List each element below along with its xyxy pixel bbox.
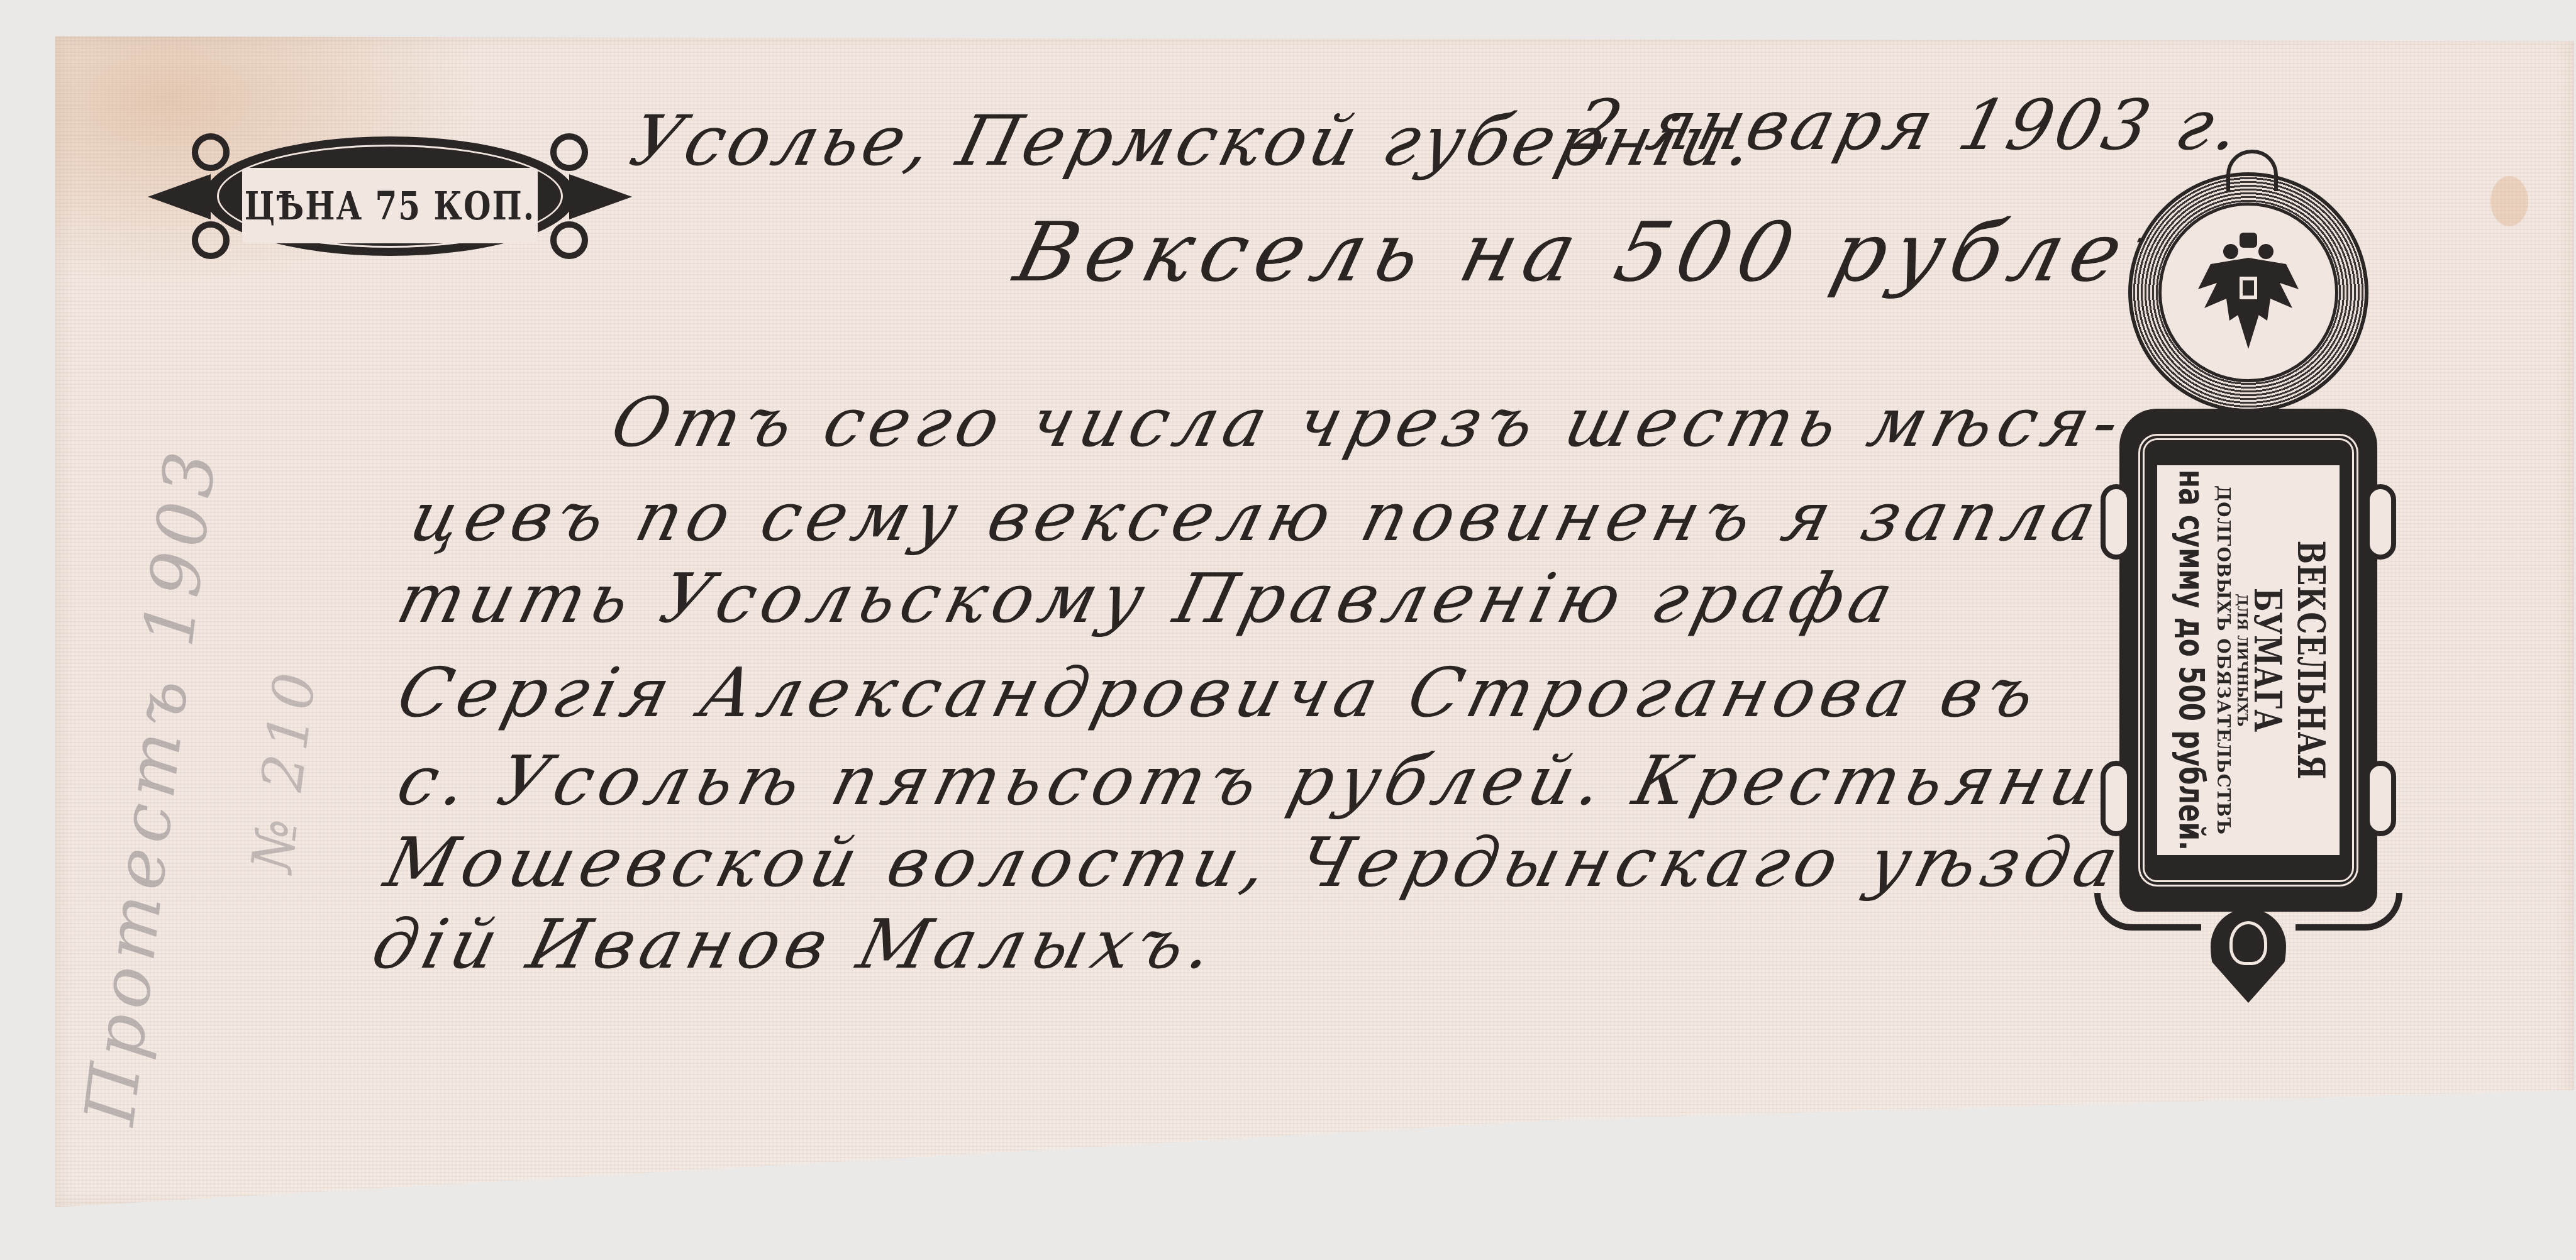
scroll-ornament-icon <box>2101 484 2132 560</box>
ornament-scroll-icon <box>550 133 588 171</box>
ornament-finial-left-icon <box>148 174 211 219</box>
ornament-scroll-icon <box>192 133 230 171</box>
stamp-amount-limit: на сумму до 500 рублей. <box>2172 470 2212 851</box>
crown-ornament-icon <box>2226 150 2278 191</box>
price-label: ЦѢНА 75 КОП. <box>245 182 535 229</box>
revenue-stamp-panel: ВЕКСЕЛЬНАЯ БУМАГА ДЛЯ ЛИЧНЫХЪ ДОЛГОВЫХЪ … <box>2094 132 2421 1025</box>
body-line: тить Усольскому Правленію графа <box>390 560 1907 638</box>
body-line: Сергія Александровича Строганова въ <box>390 654 2049 732</box>
ornament-scroll-icon <box>192 221 230 259</box>
pendant-ornament-icon <box>2211 909 2286 1003</box>
note-title: Вексель на 500 рублей. <box>1006 204 2237 300</box>
scroll-ornament-icon <box>2365 484 2396 560</box>
stamp-text-panel: ВЕКСЕЛЬНАЯ БУМАГА ДЛЯ ЛИЧНЫХЪ ДОЛГОВЫХЪ … <box>2157 465 2340 855</box>
body-line: с. Усольѣ пятьсотъ рублей. Крестьянинъ <box>390 742 2214 821</box>
body-line: цевъ по сему векселю повиненъ я запла- <box>402 478 2139 556</box>
ornament-bracket-right-icon <box>2296 893 2402 931</box>
acanthus-leaf-icon <box>2229 921 2267 965</box>
ornament-bracket-left-icon <box>2094 893 2201 931</box>
stamp-subheading-2: ДОЛГОВЫХЪ ОБЯЗАТЕЛЬСТВЪ <box>2213 485 2234 835</box>
body-line: Мошевской волости, Чердынскаго уѣзда Кла… <box>377 824 2390 902</box>
double-headed-eagle-icon <box>2198 233 2299 352</box>
coat-of-arms-medallion <box>2132 176 2365 409</box>
stamp-frame: ВЕКСЕЛЬНАЯ БУМАГА ДЛЯ ЛИЧНЫХЪ ДОЛГОВЫХЪ … <box>2119 409 2377 912</box>
price-label-box: ЦѢНА 75 КОП. <box>242 168 538 243</box>
scroll-ornament-icon <box>2365 761 2396 836</box>
body-line-signature: дій Иванов Малыхъ. <box>365 905 1228 984</box>
paper-stain <box>2490 176 2528 226</box>
scroll-ornament-icon <box>2101 761 2132 836</box>
stamp-heading: ВЕКСЕЛЬНАЯ БУМАГА <box>2245 465 2332 855</box>
price-stamp-cartouche: ЦѢНА 75 КОП. <box>148 127 632 265</box>
body-line: Отъ сего числа чрезъ шесть мѣся- <box>604 384 2133 462</box>
ornament-scroll-icon <box>550 221 588 259</box>
